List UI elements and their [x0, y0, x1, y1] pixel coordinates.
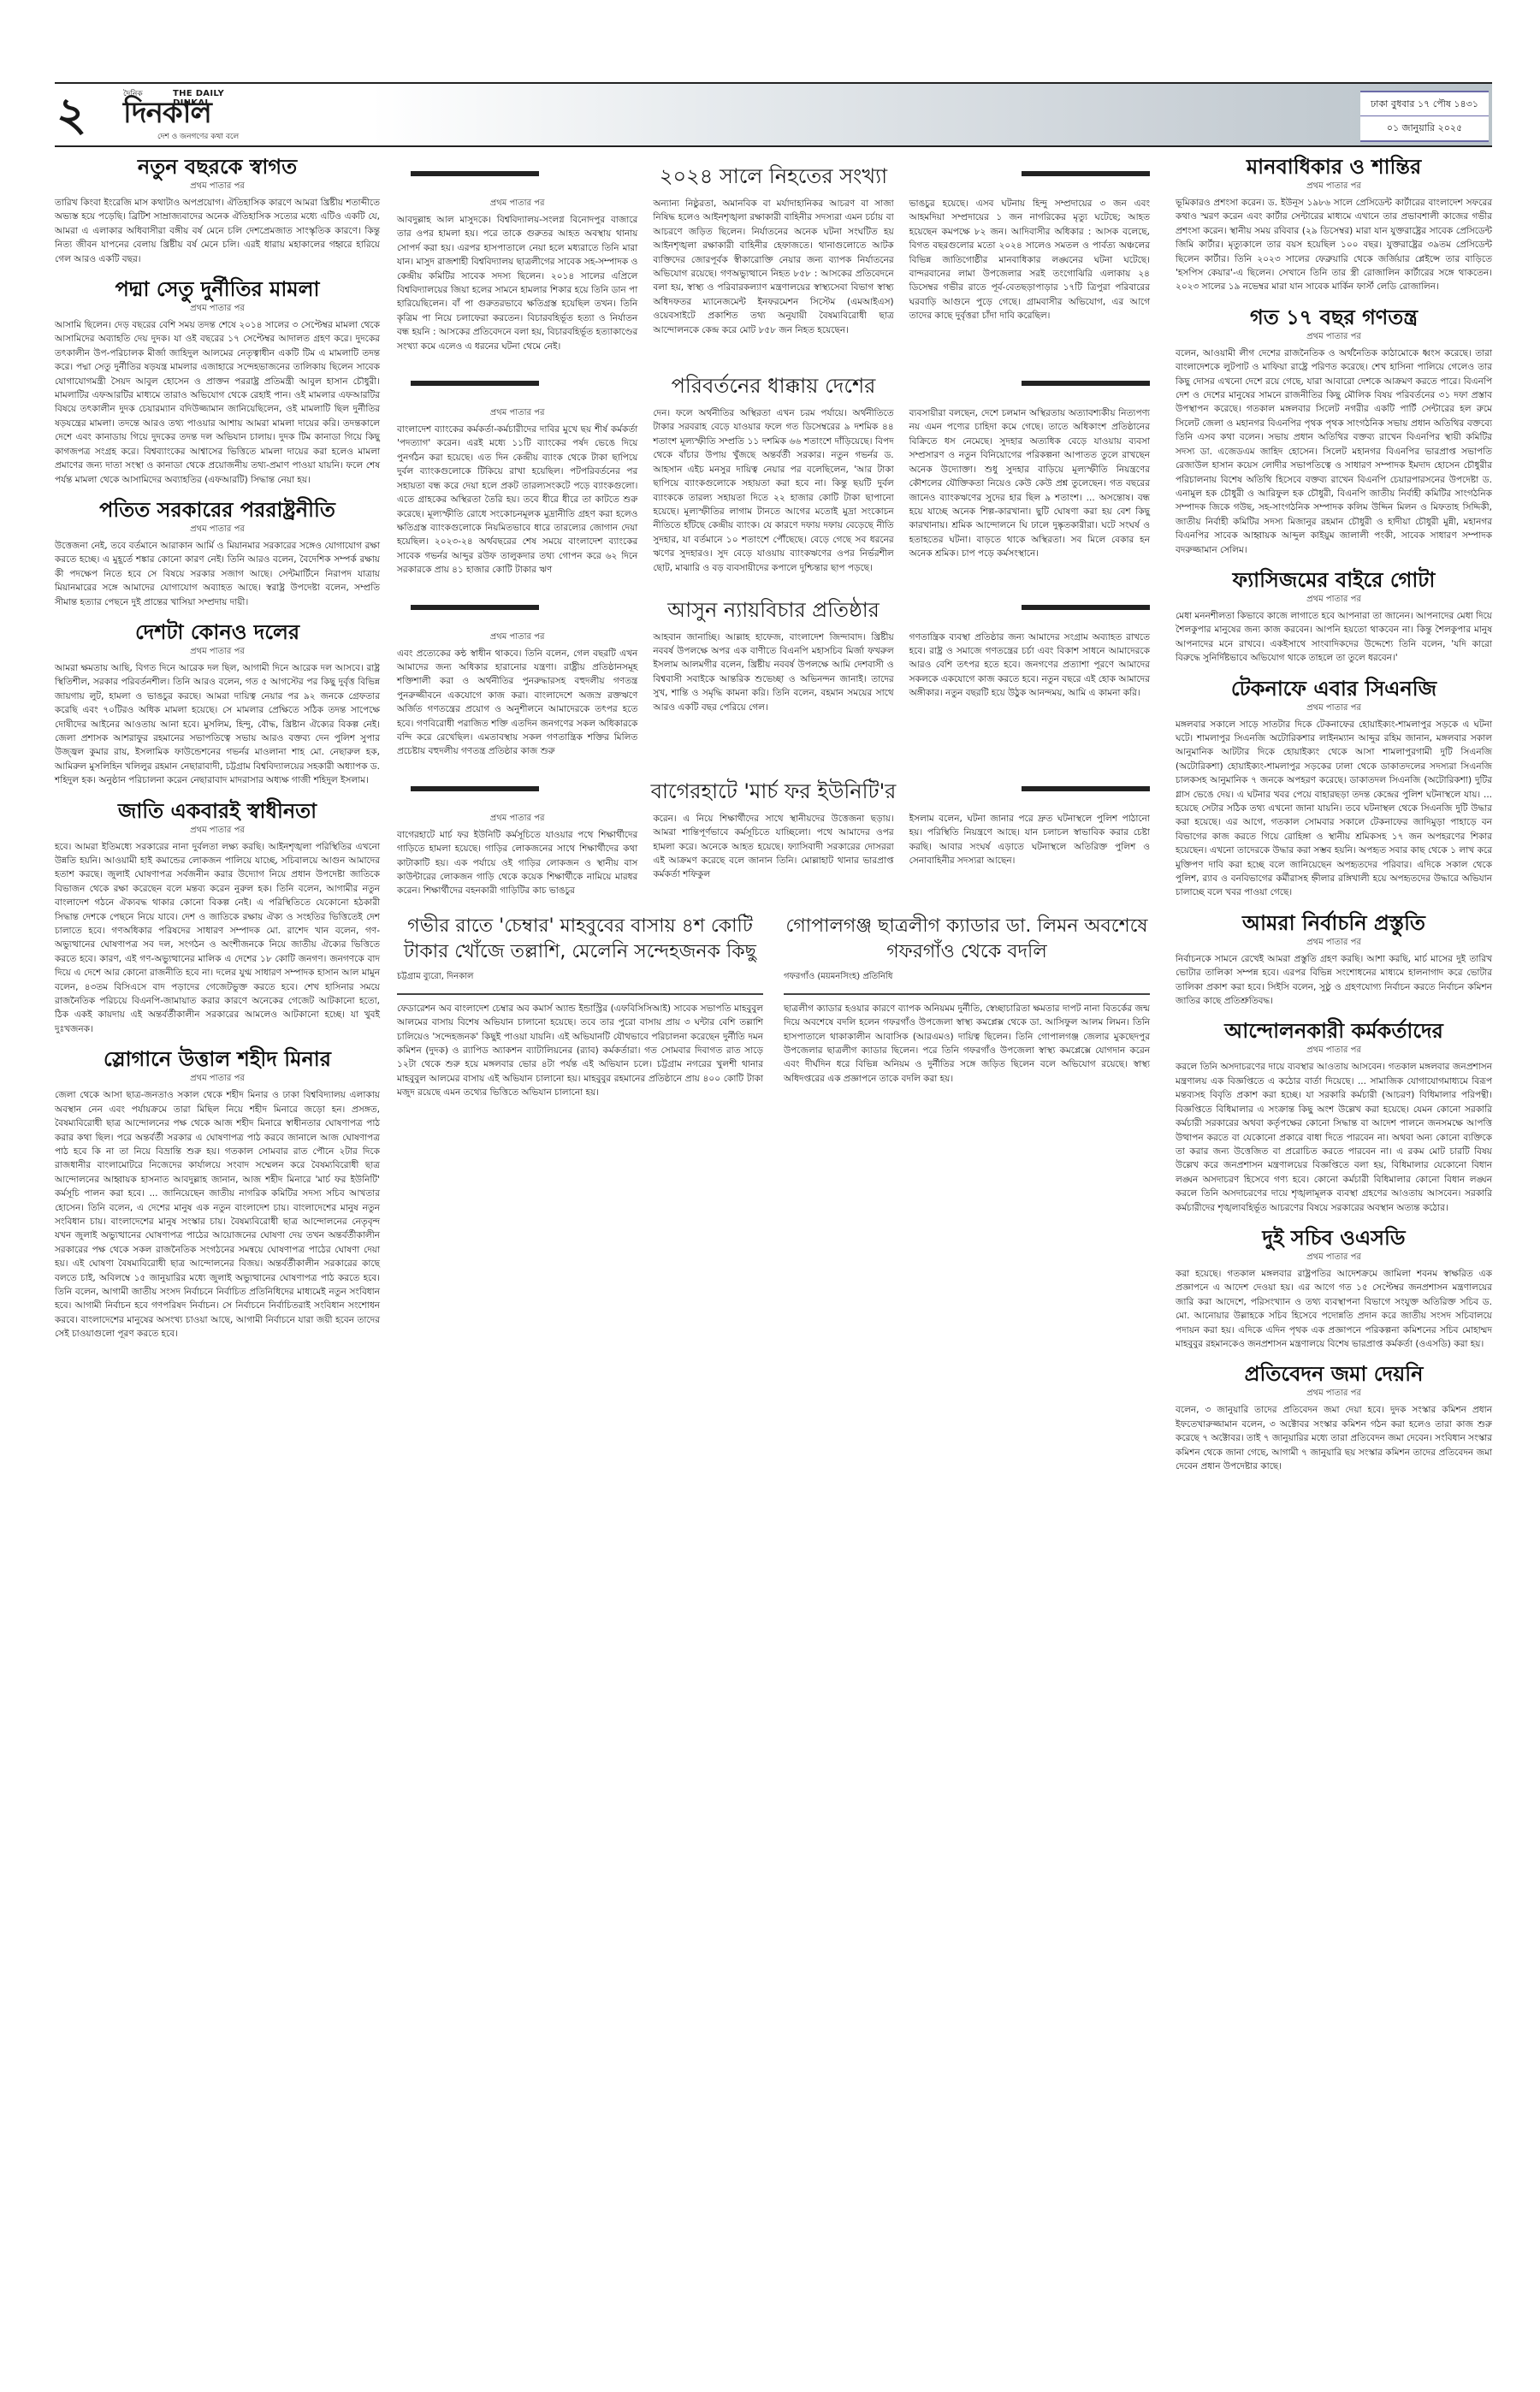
decorative-rule — [411, 381, 539, 386]
article: টেকনাফে এবার সিএনজি প্রথম পাতার পর মঙ্গল… — [1176, 676, 1492, 900]
article-headline: ২০২৪ সালে নিহতের সংখ্যা — [397, 159, 1150, 193]
article: গভীর রাতে 'চেম্বার' মাহবুবের বাসায় ৪শ ক… — [397, 914, 763, 1105]
article-body: বলেন, আওয়ামী লীগ দেশের রাজনৈতিক ও অর্থন… — [1176, 346, 1492, 557]
article-body: জেলা থেকে আসা ছাত্র-জনতাও সকাল থেকে শহীদ… — [55, 1088, 380, 1341]
decorative-rule — [1022, 605, 1150, 610]
article-body: ইসলাম বলেন, ঘটনা জানার পরে দ্রুত ঘটনাস্থ… — [909, 812, 1150, 868]
article: দুই সচিব ওএসডি প্রথম পাতার পর করা হয়েছে… — [1176, 1225, 1492, 1351]
byline: চট্টগ্রাম ব্যুরো, দিনকাল — [397, 970, 763, 985]
decorative-rule — [1022, 171, 1150, 176]
article: প্রতিবেদন জমা দেয়নি প্রথম পাতার পর বলেন… — [1176, 1361, 1492, 1473]
article-body: গণতান্ত্রিক ব্যবস্থা প্রতিষ্ঠার জন্য আমা… — [909, 631, 1150, 701]
article-body: করলে তিনি অসদাচরণের দায়ে ব্যবস্থার আওতা… — [1176, 1060, 1492, 1214]
newspaper-page: ২ দৈনিক THE DAILY DINKAL দিনকাল দেশ ও জন… — [55, 82, 1492, 147]
article: আন্দোলনকারী কর্মকর্তাদের প্রথম পাতার পর … — [1176, 1018, 1492, 1214]
article-headline: পতিত সরকারের পররাষ্ট্রনীতি — [55, 497, 380, 523]
article: গত ১৭ বছর গণতন্ত্র প্রথম পাতার পর বলেন, … — [1176, 305, 1492, 557]
article-body: বলেন, ৩ জানুয়ারি তাদের প্রতিবেদন জমা দে… — [1176, 1403, 1492, 1473]
article-headline: পদ্মা সেতু দুর্নীতির মামলা — [55, 276, 380, 302]
article-body: দেন। ফলে অর্থনীতির অস্থিরতা এখন চরম পর্য… — [653, 406, 893, 575]
article-body: আবদুল্লাহ আল মাসুদকে। বিশ্ববিদ্যালয়-সংল… — [397, 213, 637, 353]
date-box: ঢাকা বুধবার ১৭ পৌষ ১৪৩১ ০১ জানুয়ারি ২০২… — [1360, 91, 1489, 142]
article-headline: বাগেরহাটে 'মার্চ ফর ইউনিটি'র — [397, 774, 1150, 808]
divider — [397, 993, 763, 995]
article-headline: নতুন বছরকে স্বাগত — [55, 154, 380, 180]
article-body: করা হয়েছে। গতকাল মঙ্গলবার রাষ্ট্রপতির আ… — [1176, 1267, 1492, 1351]
article: নতুন বছরকে স্বাগত প্রথম পাতার পর তারিখ ক… — [55, 154, 380, 266]
continued-label: প্রথম পাতার পর — [397, 631, 637, 645]
article-headline: জাতি একবারই স্বাধীনতা — [55, 798, 380, 824]
article-body: এবং প্রত্যেকের কন্ঠ স্বাধীন থাকবে। তিনি … — [397, 647, 637, 759]
article-body: বাগেরহাটে মার্চ ফর ইউনিটি কর্মসূচিতে যাও… — [397, 828, 637, 898]
continued-label: প্রথম পাতার পর — [1176, 936, 1492, 950]
logo-bengali-name: দিনকাল — [123, 96, 211, 130]
article-headline: মানবাধিকার ও শান্তির — [1176, 154, 1492, 180]
article: পরিবর্তনের ধাক্কায় দেশের প্রথম পাতার পর… — [397, 369, 1150, 582]
continued-label: প্রথম পাতার পর — [1176, 1387, 1492, 1401]
article-headline: পরিবর্তনের ধাক্কায় দেশের — [397, 369, 1150, 403]
decorative-rule — [1022, 786, 1150, 791]
continued-label: প্রথম পাতার পর — [1176, 702, 1492, 716]
left-column: নতুন বছরকে স্বাগত প্রথম পাতার পর তারিখ ক… — [55, 154, 380, 1352]
article: আমরা নির্বাচনি প্রস্তুতি প্রথম পাতার পর … — [1176, 910, 1492, 1009]
byline: গফরগাঁও (ময়মনসিংহ) প্রতিনিধি — [784, 970, 1150, 985]
article-body: বাংলাদেশ ব্যাংকের কর্মকর্তা-কর্মচারীদের … — [397, 423, 637, 577]
article-headline: আন্দোলনকারী কর্মকর্তাদের — [1176, 1018, 1492, 1044]
article-body: উত্তেজনা নেই, তবে বর্তমানে আরাকান আর্মি … — [55, 539, 380, 609]
article-body: আহবান জানাচ্ছি। আল্লাহ হাফেজ, বাংলাদেশ জ… — [653, 631, 893, 714]
page-number: ২ — [56, 89, 86, 140]
article: পতিত সরকারের পররাষ্ট্রনীতি প্রথম পাতার প… — [55, 497, 380, 609]
continued-label: প্রথম পাতার পর — [55, 180, 380, 194]
continued-label: প্রথম পাতার পর — [55, 302, 380, 317]
decorative-rule — [411, 605, 539, 610]
lower-stories: গভীর রাতে 'চেম্বার' মাহবুবের বাসায় ৪শ ক… — [397, 914, 1150, 1105]
divider — [784, 993, 1150, 995]
article-body: অন্যান্য নিষ্ঠুরতা, অমানবিক বা মর্যাদাহা… — [653, 197, 893, 337]
article-body: ভাঙচুর হয়েছে। এসব ঘটনায় হিন্দু সম্প্রদ… — [909, 197, 1150, 323]
article-headline: প্রতিবেদন জমা দেয়নি — [1176, 1361, 1492, 1387]
article-headline: গত ১৭ বছর গণতন্ত্র — [1176, 305, 1492, 330]
article-headline: আসুন ন্যায়বিচার প্রতিষ্ঠার — [397, 593, 1150, 627]
continued-label: প্রথম পাতার পর — [1176, 330, 1492, 345]
article-body: ভূমিকারও প্রশংসা করেন। ড. ইউনূস ১৯৮৬ সাল… — [1176, 196, 1492, 294]
masthead: ২ দৈনিক THE DAILY DINKAL দিনকাল দেশ ও জন… — [55, 82, 1492, 147]
continued-label: প্রথম পাতার পর — [397, 197, 637, 211]
article-body: ফেডারেশন অব বাংলাদেশ চেম্বার অব কমার্স অ… — [397, 1002, 763, 1100]
section-header: আসুন ন্যায়বিচার প্রতিষ্ঠার — [397, 593, 1150, 627]
article-body: হবে। আমরা ইতিমধ্যে সরকারের নানা দুর্বলতা… — [55, 840, 380, 1037]
continued-label: প্রথম পাতার পর — [55, 1072, 380, 1086]
article-body: ব্যবসায়ীরা বলছেন, দেশে চলমান অস্থিরতায়… — [909, 406, 1150, 560]
article: ফ্যাসিজমের বাইরে গোটা প্রথম পাতার পর মেধ… — [1176, 567, 1492, 666]
continued-label: প্রথম পাতার পর — [1176, 1044, 1492, 1058]
decorative-rule — [411, 171, 539, 176]
article-headline: আমরা নির্বাচনি প্রস্তুতি — [1176, 910, 1492, 936]
section-header: ২০২৪ সালে নিহতের সংখ্যা — [397, 159, 1150, 193]
continued-label: প্রথম পাতার পর — [1176, 593, 1492, 607]
newspaper-logo: দৈনিক THE DAILY DINKAL দিনকাল দেশ ও জনগণ… — [123, 87, 243, 142]
continued-label: প্রথম পাতার পর — [397, 812, 637, 826]
continued-label: প্রথম পাতার পর — [397, 406, 637, 421]
continued-label: প্রথম পাতার পর — [1176, 180, 1492, 194]
article: মানবাধিকার ও শান্তির প্রথম পাতার পর ভূমি… — [1176, 154, 1492, 294]
article: ২০২৪ সালে নিহতের সংখ্যা প্রথম পাতার পর আ… — [397, 159, 1150, 358]
continued-label: প্রথম পাতার পর — [1176, 1251, 1492, 1265]
decorative-rule — [1022, 381, 1150, 386]
article: পদ্মা সেতু দুর্নীতির মামলা প্রথম পাতার প… — [55, 276, 380, 487]
date-english: ০১ জানুয়ারি ২০২৫ — [1360, 116, 1489, 139]
article-headline: স্লোগানে উত্তাল শহীদ মিনার — [55, 1046, 380, 1072]
logo-tagline: দেশ ও জনগণের কথা বলে — [157, 130, 239, 143]
continued-label: প্রথম পাতার পর — [55, 824, 380, 838]
article-headline: টেকনাফে এবার সিএনজি — [1176, 676, 1492, 702]
article-body: তারিখ কিংবা ইংরেজি মাস কথাটাও অপপ্রয়োগ।… — [55, 196, 380, 266]
article-body: নির্বাচনকে সামনে রেখেই আমরা প্রস্তুতি গ্… — [1176, 952, 1492, 1009]
article: গোপালগঞ্জ ছাত্রলীগ ক্যাডার ডা. লিমন অবশে… — [784, 914, 1150, 1105]
article: আসুন ন্যায়বিচার প্রতিষ্ঠার প্রথম পাতার … — [397, 593, 1150, 764]
article: দেশটা কোনও দলের প্রথম পাতার পর আমরা ক্ষম… — [55, 619, 380, 788]
decorative-rule — [411, 786, 539, 791]
article: জাতি একবারই স্বাধীনতা প্রথম পাতার পর হবে… — [55, 798, 380, 1037]
article-body: আসামি ছিলেন। দেড় বছরের বেশি সময় তদন্ত … — [55, 318, 380, 487]
article-body: মঙ্গলবার সকালে সাড়ে সাতটার দিকে টেকনাফে… — [1176, 718, 1492, 900]
article-body: ছাত্রলীগ ক্যাডার হওয়ার কারণে ব্যাপক অনি… — [784, 1002, 1150, 1086]
article-headline: গোপালগঞ্জ ছাত্রলীগ ক্যাডার ডা. লিমন অবশে… — [784, 914, 1150, 965]
section-header: পরিবর্তনের ধাক্কায় দেশের — [397, 369, 1150, 403]
article-body: মেধা মননশীলতা কিভাবে কাজে লাগাতে হবে আপন… — [1176, 609, 1492, 666]
middle-column: ২০২৪ সালে নিহতের সংখ্যা প্রথম পাতার পর আ… — [397, 154, 1150, 1105]
continued-label: প্রথম পাতার পর — [55, 523, 380, 537]
article-headline: দেশটা কোনও দলের — [55, 619, 380, 645]
article-headline: দুই সচিব ওএসডি — [1176, 1225, 1492, 1251]
article-headline: ফ্যাসিজমের বাইরে গোটা — [1176, 567, 1492, 593]
article-body: করেন। এ নিয়ে শিক্ষার্থীদের সাথে স্থানীয… — [653, 812, 893, 882]
article: স্লোগানে উত্তাল শহীদ মিনার প্রথম পাতার প… — [55, 1046, 380, 1341]
right-column: মানবাধিকার ও শান্তির প্রথম পাতার পর ভূমি… — [1176, 154, 1492, 1483]
continued-label: প্রথম পাতার পর — [55, 645, 380, 660]
article-body: আমরা ক্ষমতায় আছি, বিগত দিনে আরেক দল ছিল… — [55, 661, 380, 788]
date-bengali: ঢাকা বুধবার ১৭ পৌষ ১৪৩১ — [1360, 92, 1489, 116]
article-headline: গভীর রাতে 'চেম্বার' মাহবুবের বাসায় ৪শ ক… — [397, 914, 763, 965]
section-header: বাগেরহাটে 'মার্চ ফর ইউনিটি'র — [397, 774, 1150, 808]
article: বাগেরহাটে 'মার্চ ফর ইউনিটি'র প্রথম পাতার… — [397, 774, 1150, 903]
